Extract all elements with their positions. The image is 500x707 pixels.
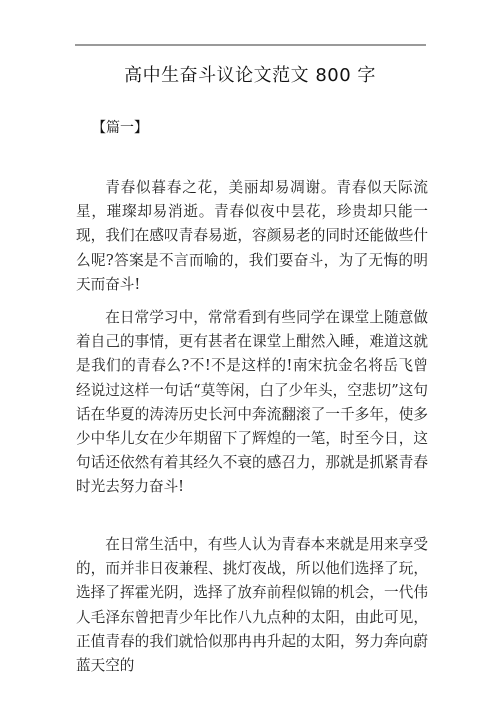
paragraph-1: 青春似暮春之花，美丽却易凋谢。青春似天际流星，璀璨却易消逝。青春似夜中昙花，珍贵…	[76, 176, 428, 297]
paragraph-text: 在日常生活中，有些人认为青春本来就是用来享受的，而并非日夜兼程、挑灯夜战，所以他…	[76, 533, 428, 678]
paragraph-3: 在日常生活中，有些人认为青春本来就是用来享受的，而并非日夜兼程、挑灯夜战，所以他…	[76, 533, 428, 678]
paragraph-text: 在日常学习中，常常看到有些同学在课堂上随意做着自己的事情，更有甚者在课堂上酣然入…	[76, 306, 428, 500]
section-label: 【篇一】	[92, 117, 148, 137]
paragraph-text: 青春似暮春之花，美丽却易凋谢。青春似天际流星，璀璨却易消逝。青春似夜中昙花，珍贵…	[76, 176, 428, 297]
paragraph-2: 在日常学习中，常常看到有些同学在课堂上随意做着自己的事情，更有甚者在课堂上酣然入…	[76, 306, 428, 500]
document-title: 高中生奋斗议论文范文 800 字	[0, 61, 500, 87]
header-rule	[75, 44, 426, 46]
